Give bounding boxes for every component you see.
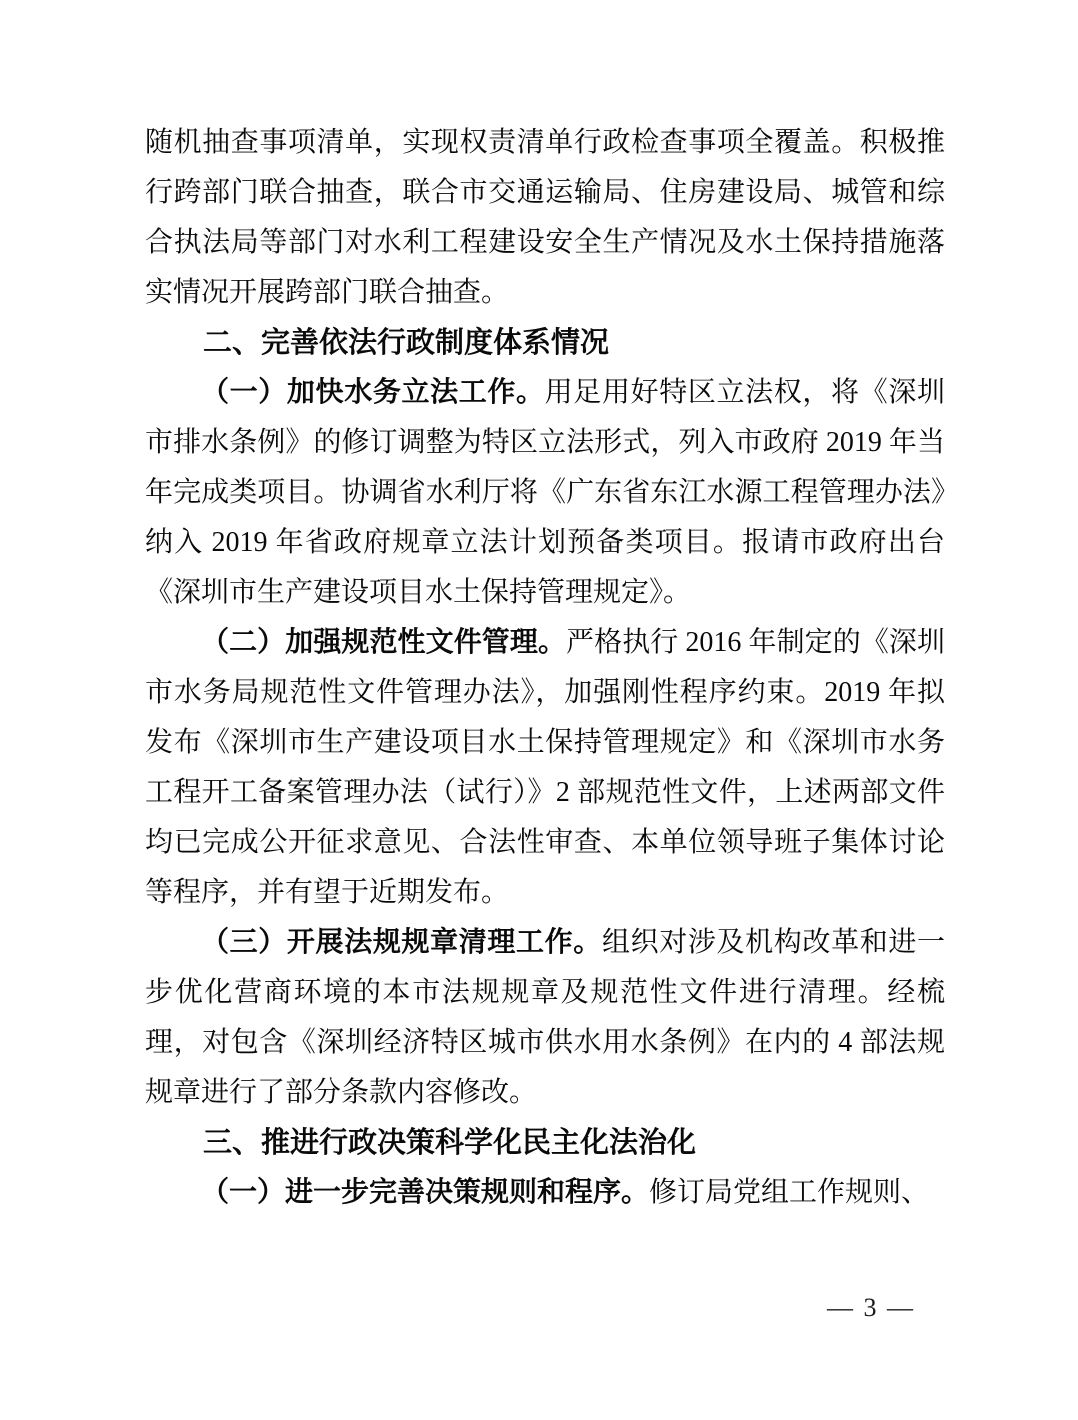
page-footer: — 3 — (827, 1292, 915, 1324)
text-run: 严格执行 2016 年制定的《深圳市水务局规范性文件管理办法》，加强刚性程序约束… (145, 627, 945, 908)
paragraph: （二）加强规范性文件管理。严格执行 2016 年制定的《深圳市水务局规范性文件管… (145, 618, 945, 918)
document-content: 随机抽查事项清单，实现权责清单行政检查事项全覆盖。积极推行跨部门联合抽查，联合市… (145, 118, 945, 1218)
text-run: 修订局党组工作规则、 (649, 1177, 929, 1208)
paragraph: （三）开展法规规章清理工作。组织对涉及机构改革和进一步优化营商环境的本市法规规章… (145, 918, 945, 1118)
bold-lead-run: （三）开展法规规章清理工作。 (201, 927, 602, 958)
paragraph: 随机抽查事项清单，实现权责清单行政检查事项全覆盖。积极推行跨部门联合抽查，联合市… (145, 118, 945, 318)
paragraph: （一）进一步完善决策规则和程序。修订局党组工作规则、 (145, 1168, 945, 1218)
paragraph: （一）加快水务立法工作。用足用好特区立法权，将《深圳市排水条例》的修订调整为特区… (145, 368, 945, 618)
bold-lead-run: （一）进一步完善决策规则和程序。 (201, 1177, 649, 1208)
bold-lead-run: （二）加强规范性文件管理。 (201, 627, 566, 658)
section-heading: 三、推进行政决策科学化民主化法治化 (145, 1118, 945, 1168)
text-run: 用足用好特区立法权，将《深圳市排水条例》的修订调整为特区立法形式，列入市政府 2… (145, 377, 945, 608)
bold-lead-run: （一）加快水务立法工作。 (201, 377, 545, 408)
document-page: 随机抽查事项清单，实现权责清单行政检查事项全覆盖。积极推行跨部门联合抽查，联合市… (0, 0, 1078, 1420)
section-heading: 二、完善依法行政制度体系情况 (145, 318, 945, 368)
bold-lead-run: 二、完善依法行政制度体系情况 (203, 327, 609, 359)
text-run: 随机抽查事项清单，实现权责清单行政检查事项全覆盖。积极推行跨部门联合抽查，联合市… (145, 127, 945, 308)
page-number: — 3 — (827, 1293, 915, 1322)
bold-lead-run: 三、推进行政决策科学化民主化法治化 (203, 1127, 696, 1159)
